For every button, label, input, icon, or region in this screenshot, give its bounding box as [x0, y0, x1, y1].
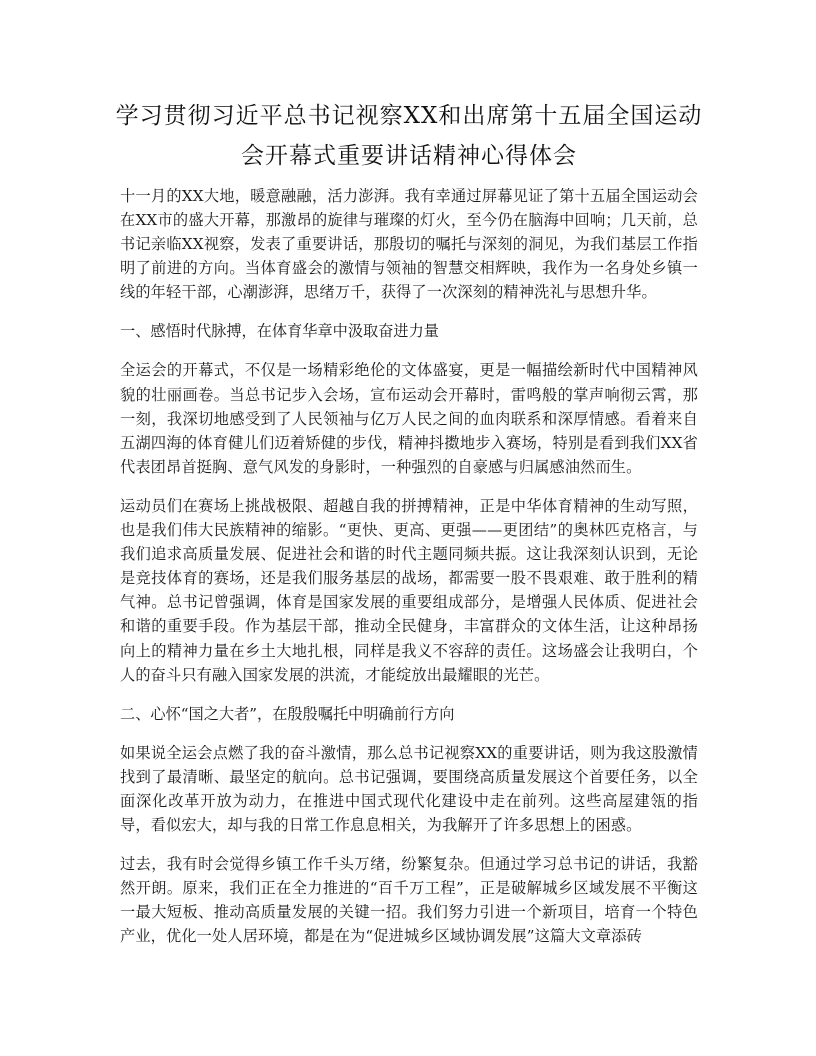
document-title: 学习贯彻习近平总书记视察XX和出席第十五届全国运动会开幕式重要讲话精神心得体会 [110, 96, 708, 176]
body-paragraph: 过去，我有时会觉得乡镇工作千头万绪，纷繁复杂。但通过学习总书记的讲话，我豁然开朗… [120, 852, 698, 948]
section-heading-1: 一、感悟时代脉搏，在体育华章中汲取奋进力量 [120, 319, 698, 343]
body-paragraph: 全运会的开幕式，不仅是一场精彩绝伦的文体盛宴，更是一幅描绘新时代中国精神风貌的壮… [120, 358, 698, 478]
intro-paragraph: 十一月的XX大地，暖意融融，活力澎湃。我有幸通过屏幕见证了第十五届全国运动会在X… [120, 184, 698, 304]
body-paragraph: 运动员们在赛场上挑战极限、超越自我的拼搏精神，正是中华体育精神的生动写照，也是我… [120, 494, 698, 687]
document-page: 学习贯彻习近平总书记视察XX和出席第十五届全国运动会开幕式重要讲话精神心得体会 … [120, 96, 698, 963]
body-paragraph: 如果说全运会点燃了我的奋斗激情，那么总书记视察XX的重要讲话，则为我这股激情找到… [120, 741, 698, 837]
section-heading-2: 二、心怀“国之大者”，在殷殷嘱托中明确前行方向 [120, 702, 698, 726]
